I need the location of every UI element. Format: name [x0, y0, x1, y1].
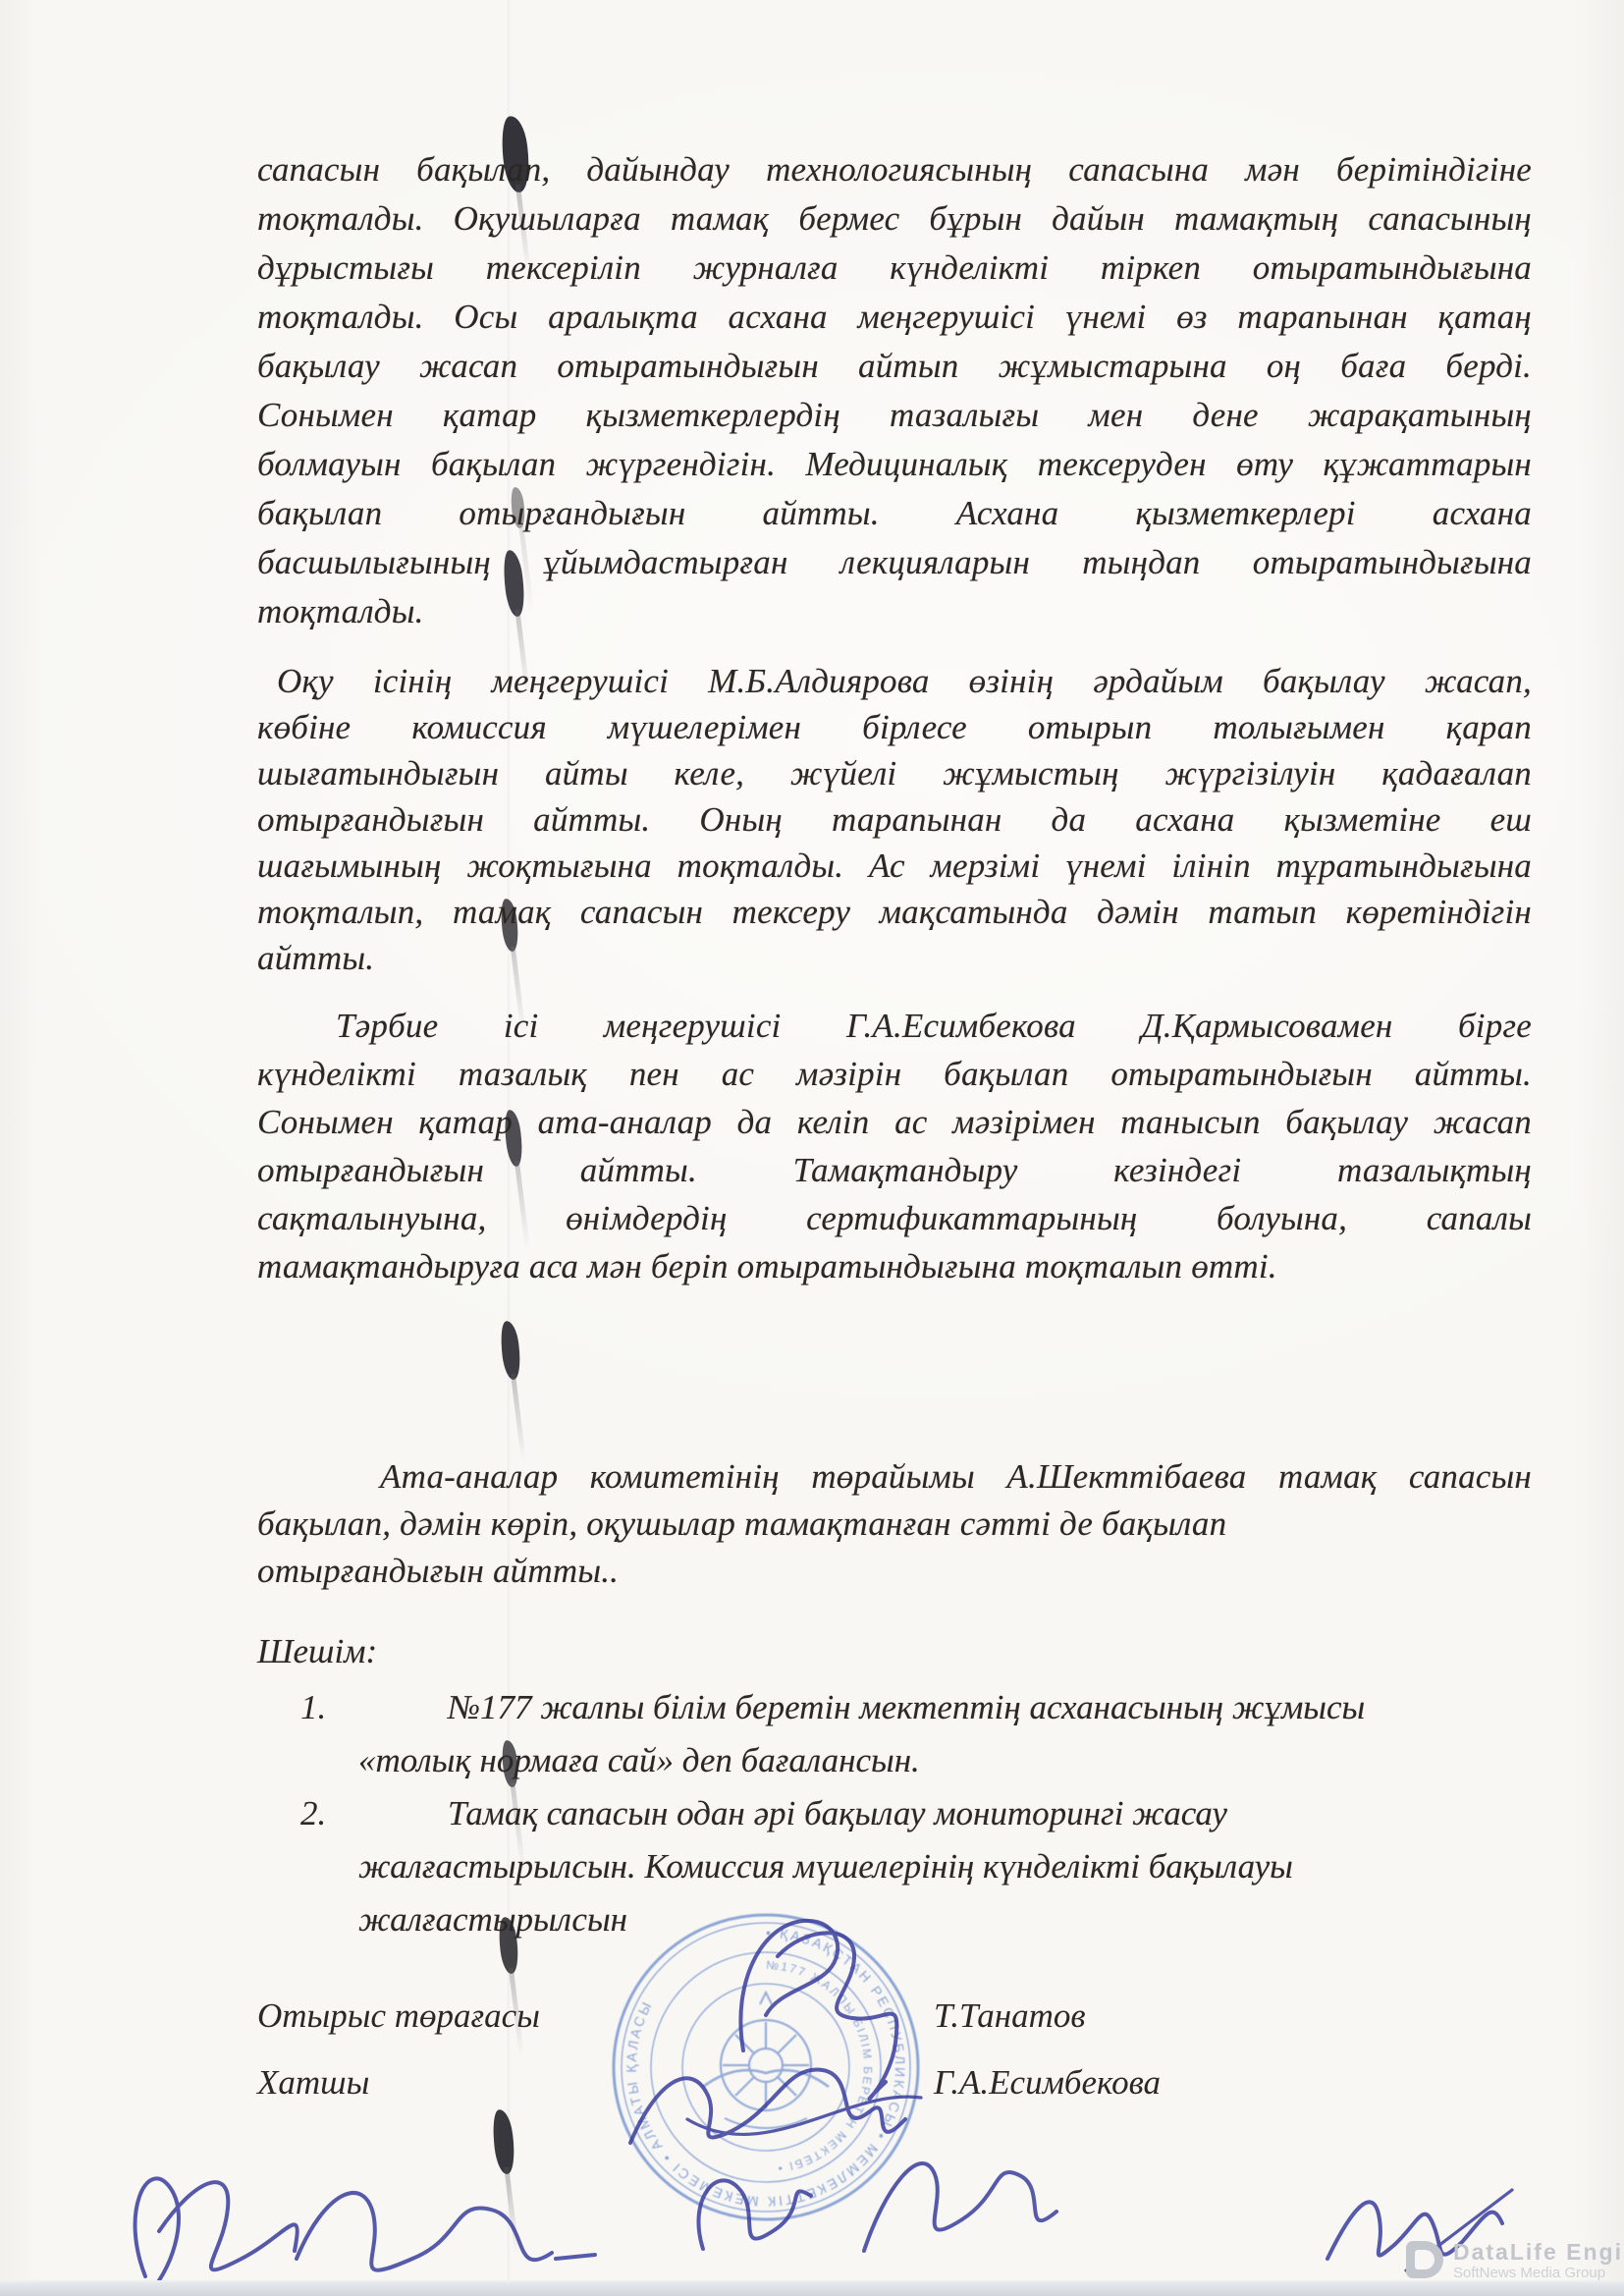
text-line: шығатындығын айты келе, жүйелі жұмыстың … — [257, 750, 1532, 796]
signature-name: Г.А.Есимбекова — [934, 2058, 1161, 2107]
text-line: дұрыстығы тексеріліп журналға күнделікті… — [257, 244, 1532, 293]
text-line: көбіне комиссия мүшелерімен бірлесе отыр… — [257, 704, 1532, 750]
datalife-logo-icon — [1406, 2241, 1443, 2278]
paragraph-esimbekova: Тәрбие ісі меңгерушісі Г.А.Есимбекова Д.… — [257, 1002, 1532, 1290]
text-line: тоқталды. — [257, 587, 1532, 636]
text-line: тоқталып, тамақ сапасын тексеру мақсатын… — [257, 889, 1532, 935]
text-line: №177 жалпы білім беретін мектептің асхан… — [257, 1681, 1532, 1734]
text-line: Оқу ісінің меңгерушісі М.Б.Алдиярова өзі… — [257, 658, 1532, 704]
scanned-protocol-page: сапасын бақылап, дайындау технологиясыны… — [0, 0, 1624, 2296]
signature-stroke — [159, 2182, 298, 2269]
text-line: отырғандығын айтты. Оның тарапынан да ас… — [257, 796, 1532, 843]
signature-role: Отырыс төрағасы — [257, 1992, 540, 2041]
text-line: Тамақ сапасын одан әрі бақылау мониторин… — [257, 1787, 1532, 1840]
watermark-title: DataLife Engine — [1453, 2239, 1624, 2266]
decision-heading: Шешім: — [257, 1628, 377, 1675]
ink-blotch — [498, 1320, 522, 1381]
list-number: 2. — [300, 1787, 326, 1840]
text-line: Сонымен қатар қызметкерлердің тазалығы м… — [257, 391, 1532, 440]
signature-stroke — [135, 2178, 179, 2294]
decision-item-1: 1.№177 жалпы білім беретін мектептің асх… — [257, 1681, 1532, 1787]
text-line: болмауын бақылап жүргендігін. Медициналы… — [257, 440, 1532, 489]
text-line: айтты. — [257, 935, 1532, 981]
paragraph-parents-committee: Ата-аналар комитетінің төрайымы А.Шектті… — [257, 1453, 1532, 1595]
text-line: тамақтандыруға аса мән беріп отыратындығ… — [257, 1242, 1532, 1290]
text-line: бақылап отырғандығын айтты. Асхана қызме… — [257, 489, 1532, 538]
paragraph-quality-control: сапасын бақылап, дайындау технологиясыны… — [257, 145, 1532, 636]
text-line: шағымының жоқтығына тоқталды. Ас мерзімі… — [257, 843, 1532, 889]
signature-role: Хатшы — [257, 2058, 369, 2107]
paragraph-aldiyarova: Оқу ісінің меңгерушісі М.Б.Алдиярова өзі… — [257, 658, 1532, 981]
text-line: «толық нормаға сай» деп бағалансын. — [257, 1734, 1532, 1787]
list-number: 1. — [300, 1681, 326, 1734]
signature-name: Т.Танатов — [934, 1992, 1086, 2041]
signature-stroke — [297, 2193, 595, 2270]
text-line: күнделікті тазалық пен ас мәзірін бақыла… — [257, 1050, 1532, 1098]
scan-edge-strip — [0, 2280, 1624, 2296]
text-line: сақталынуына, өнімдердің сертификаттарын… — [257, 1194, 1532, 1242]
text-line: отырғандығын айтты. Тамақтандыру кезінде… — [257, 1146, 1532, 1194]
text-line: Сонымен қатар ата-аналар да келіп ас мәз… — [257, 1098, 1532, 1146]
text-line: Ата-аналар комитетінің төрайымы А.Шектті… — [257, 1453, 1532, 1501]
text-line: жалғастырылсын. Комиссия мүшелерінің күн… — [257, 1840, 1532, 1893]
text-line: бақылау жасап отыратындығын айтып жұмыст… — [257, 342, 1532, 391]
ink-blotch — [490, 2108, 517, 2175]
text-line: басшылығының ұйымдастырған лекцияларын т… — [257, 538, 1532, 587]
text-line: отырғандығын айтты.. — [257, 1548, 1532, 1595]
official-round-stamp: • ҚАЗАҚСТАН РЕСПУБЛИКАСЫ • МЕМЛЕКЕТТІК М… — [609, 1910, 923, 2224]
text-line: сапасын бақылап, дайындау технологиясыны… — [257, 145, 1532, 194]
text-line: Тәрбие ісі меңгерушісі Г.А.Есимбекова Д.… — [257, 1002, 1532, 1050]
text-line: тоқталды. Осы аралықта асхана меңгерушіс… — [257, 293, 1532, 342]
text-line: тоқталды. Оқушыларға тамақ бермес бұрын … — [257, 194, 1532, 244]
stamp-emblem-icon — [703, 1993, 829, 2128]
watermark-subtitle: SoftNews Media Group — [1453, 2265, 1605, 2281]
text-line: бақылап, дәмін көріп, оқушылар тамақтанғ… — [257, 1501, 1532, 1548]
watermark: DataLife Engine SoftNews Media Group — [1406, 2239, 1618, 2284]
